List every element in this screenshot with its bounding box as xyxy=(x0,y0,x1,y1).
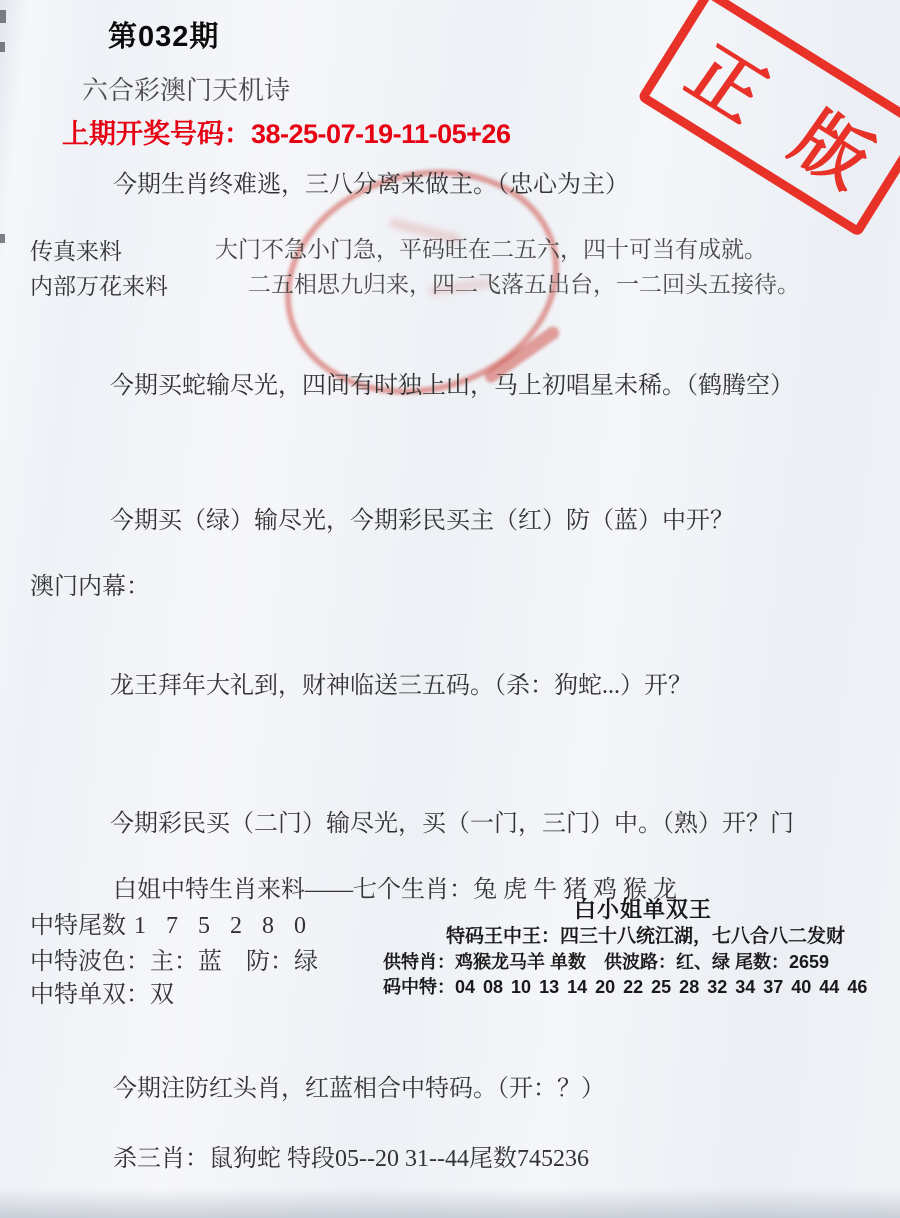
macau-insider-label: 澳门内幕： xyxy=(30,566,150,601)
right-block-title: 白小姐单双王 xyxy=(574,893,712,924)
internal-source-label: 内部万花来料 xyxy=(30,268,168,301)
fax-source-text: 大门不急小门急，平码旺在二五六，四十可当有成就。 xyxy=(215,231,767,264)
special-oddeven-label: 中特单双： xyxy=(30,982,150,1008)
last-draw-line: 上期开奖号码：38-25-07-19-11-05+26 xyxy=(62,112,510,151)
code-hit-numbers: 04 08 10 13 14 20 22 25 28 32 34 37 40 4… xyxy=(455,977,867,997)
special-wave-label: 中特波色： xyxy=(30,949,150,975)
issue-number: 第032期 xyxy=(108,14,219,55)
authenticity-stamp-text: 正版 xyxy=(670,17,900,234)
poem-line-1: 今期生肖终难逃，三八分离来做主。（忠心为主） xyxy=(113,164,629,199)
right-block-line-2: 供特肖：鸡猴龙马羊 单数 供波路：红、绿 尾数：2659 xyxy=(383,948,829,974)
special-tail-label: 中特尾数 xyxy=(30,913,126,939)
fax-source-label: 传真来料 xyxy=(30,233,122,266)
poem-line-6: 今期注防红头肖，红蓝相合中特码。（开：？） xyxy=(113,1068,605,1103)
right-block-line-1: 特码王中王：四三十八统江湖，七八合八二发财 xyxy=(446,921,845,948)
special-tail-numbers: 1 7 5 2 8 0 xyxy=(126,913,313,939)
authenticity-stamp: 正版 xyxy=(637,0,900,237)
poem-line-4: 龙王拜年大礼到，财神临送三五码。（杀：狗蛇...）开？ xyxy=(110,665,692,700)
kill-three-zodiac-line: 杀三肖：鼠狗蛇 特段05--20 31--44尾数745236 xyxy=(113,1138,589,1173)
special-tail-line: 中特尾数1 7 5 2 8 0 xyxy=(30,905,313,940)
special-oddeven-value: 双 xyxy=(150,982,174,1008)
poem-line-2: 今期买蛇输尽光，四间有时独上山，马上初唱星未稀。（鹤腾空） xyxy=(110,365,794,400)
code-hit-label: 码中特： xyxy=(383,977,455,997)
scan-artifact xyxy=(0,234,5,243)
special-wave-line: 中特波色：主：蓝 防：绿 xyxy=(30,941,318,976)
lottery-tip-sheet-page: 第032期 六合彩澳门天机诗 上期开奖号码：38-25-07-19-11-05+… xyxy=(0,0,900,1218)
special-oddeven-line: 中特单双：双 xyxy=(30,974,174,1009)
poem-line-3: 今期买（绿）输尽光，今期彩民买主（红）防（蓝）中开？ xyxy=(110,500,734,535)
last-draw-label: 上期开奖号码： xyxy=(62,119,251,149)
internal-source-text: 二五相思九归来，四二飞落五出台，一二回头五接待。 xyxy=(248,266,800,299)
scan-artifact xyxy=(0,42,5,52)
scan-artifact xyxy=(0,10,6,23)
right-block-line-3: 码中特：04 08 10 13 14 20 22 25 28 32 34 37 … xyxy=(383,973,867,999)
last-draw-numbers: 38-25-07-19-11-05+26 xyxy=(251,119,510,149)
special-wave-value: 主：蓝 防：绿 xyxy=(150,949,318,975)
page-title: 六合彩澳门天机诗 xyxy=(82,70,290,107)
poem-line-5: 今期彩民买（二门）输尽光，买（一门，三门）中。（熟）开？门 xyxy=(110,803,794,838)
